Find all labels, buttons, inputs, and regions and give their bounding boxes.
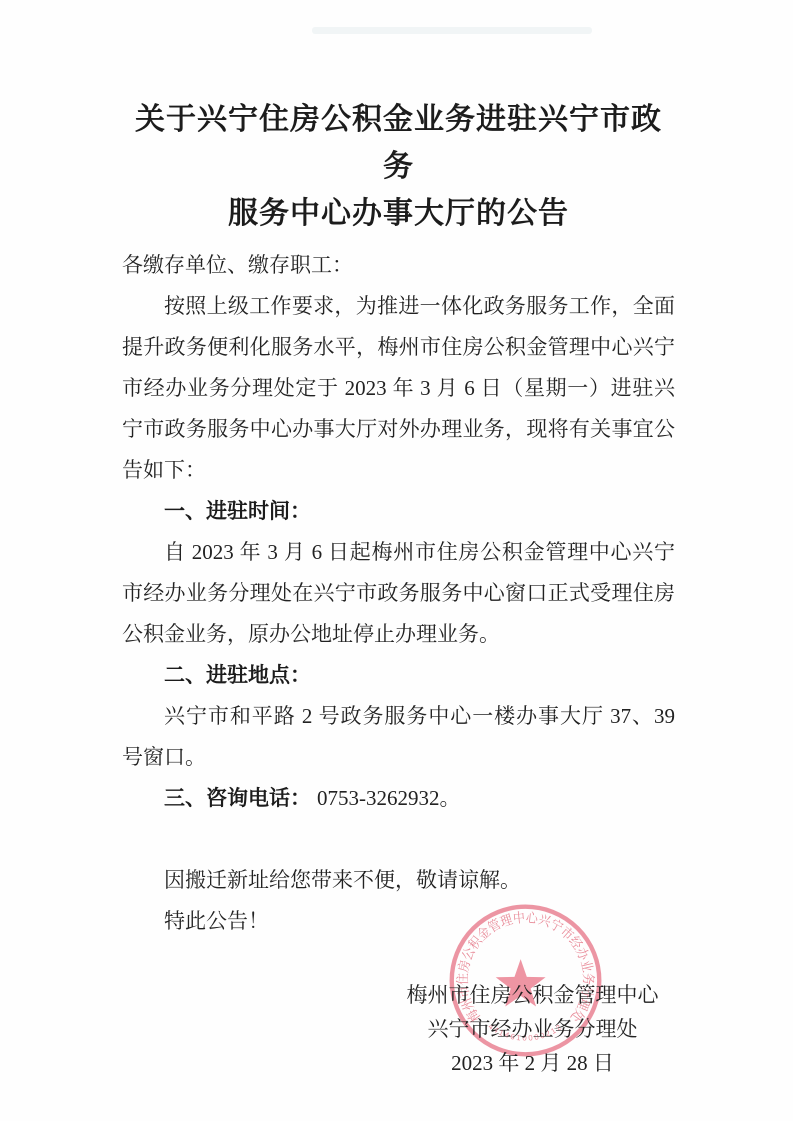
section-3-line: 三、咨询电话：0753-3262932。 — [122, 778, 675, 819]
section-2-heading: 二、进驻地点： — [122, 655, 675, 696]
title-line-2: 服务中心办事大厅的公告 — [122, 190, 675, 237]
signature-org: 梅州市住房公积金管理中心 — [390, 978, 675, 1012]
section-1-body: 自 2023 年 3 月 6 日起梅州市住房公积金管理中心兴宁市经办业务分理处在… — [122, 532, 675, 655]
title-line-1: 关于兴宁住房公积金业务进驻兴宁市政务 — [122, 96, 675, 190]
section-3-heading: 三、咨询电话： — [164, 787, 311, 810]
signature-branch: 兴宁市经办业务分理处 — [390, 1012, 675, 1046]
salutation: 各缴存单位、缴存职工： — [122, 245, 675, 286]
announcement-page: 关于兴宁住房公积金业务进驻兴宁市政务 服务中心办事大厅的公告 各缴存单位、缴存职… — [0, 0, 793, 1121]
page-title: 关于兴宁住房公积金业务进驻兴宁市政务 服务中心办事大厅的公告 — [122, 96, 675, 237]
section-2-body: 兴宁市和平路 2 号政务服务中心一楼办事大厅 37、39 号窗口。 — [122, 696, 675, 778]
signature-date: 2023 年 2 月 28 日 — [390, 1046, 675, 1080]
closing-line-1: 因搬迁新址给您带来不便，敬请谅解。 — [122, 860, 675, 901]
section-3-phone: 0753-3262932。 — [317, 786, 461, 810]
intro-paragraph: 按照上级工作要求，为推进一体化政务服务工作，全面提升政务便利化服务水平，梅州市住… — [122, 286, 675, 491]
signature-block: 梅州市住房公积金管理中心 兴宁市经办业务分理处 2023 年 2 月 28 日 — [390, 978, 675, 1080]
section-1-heading: 一、进驻时间： — [122, 491, 675, 532]
